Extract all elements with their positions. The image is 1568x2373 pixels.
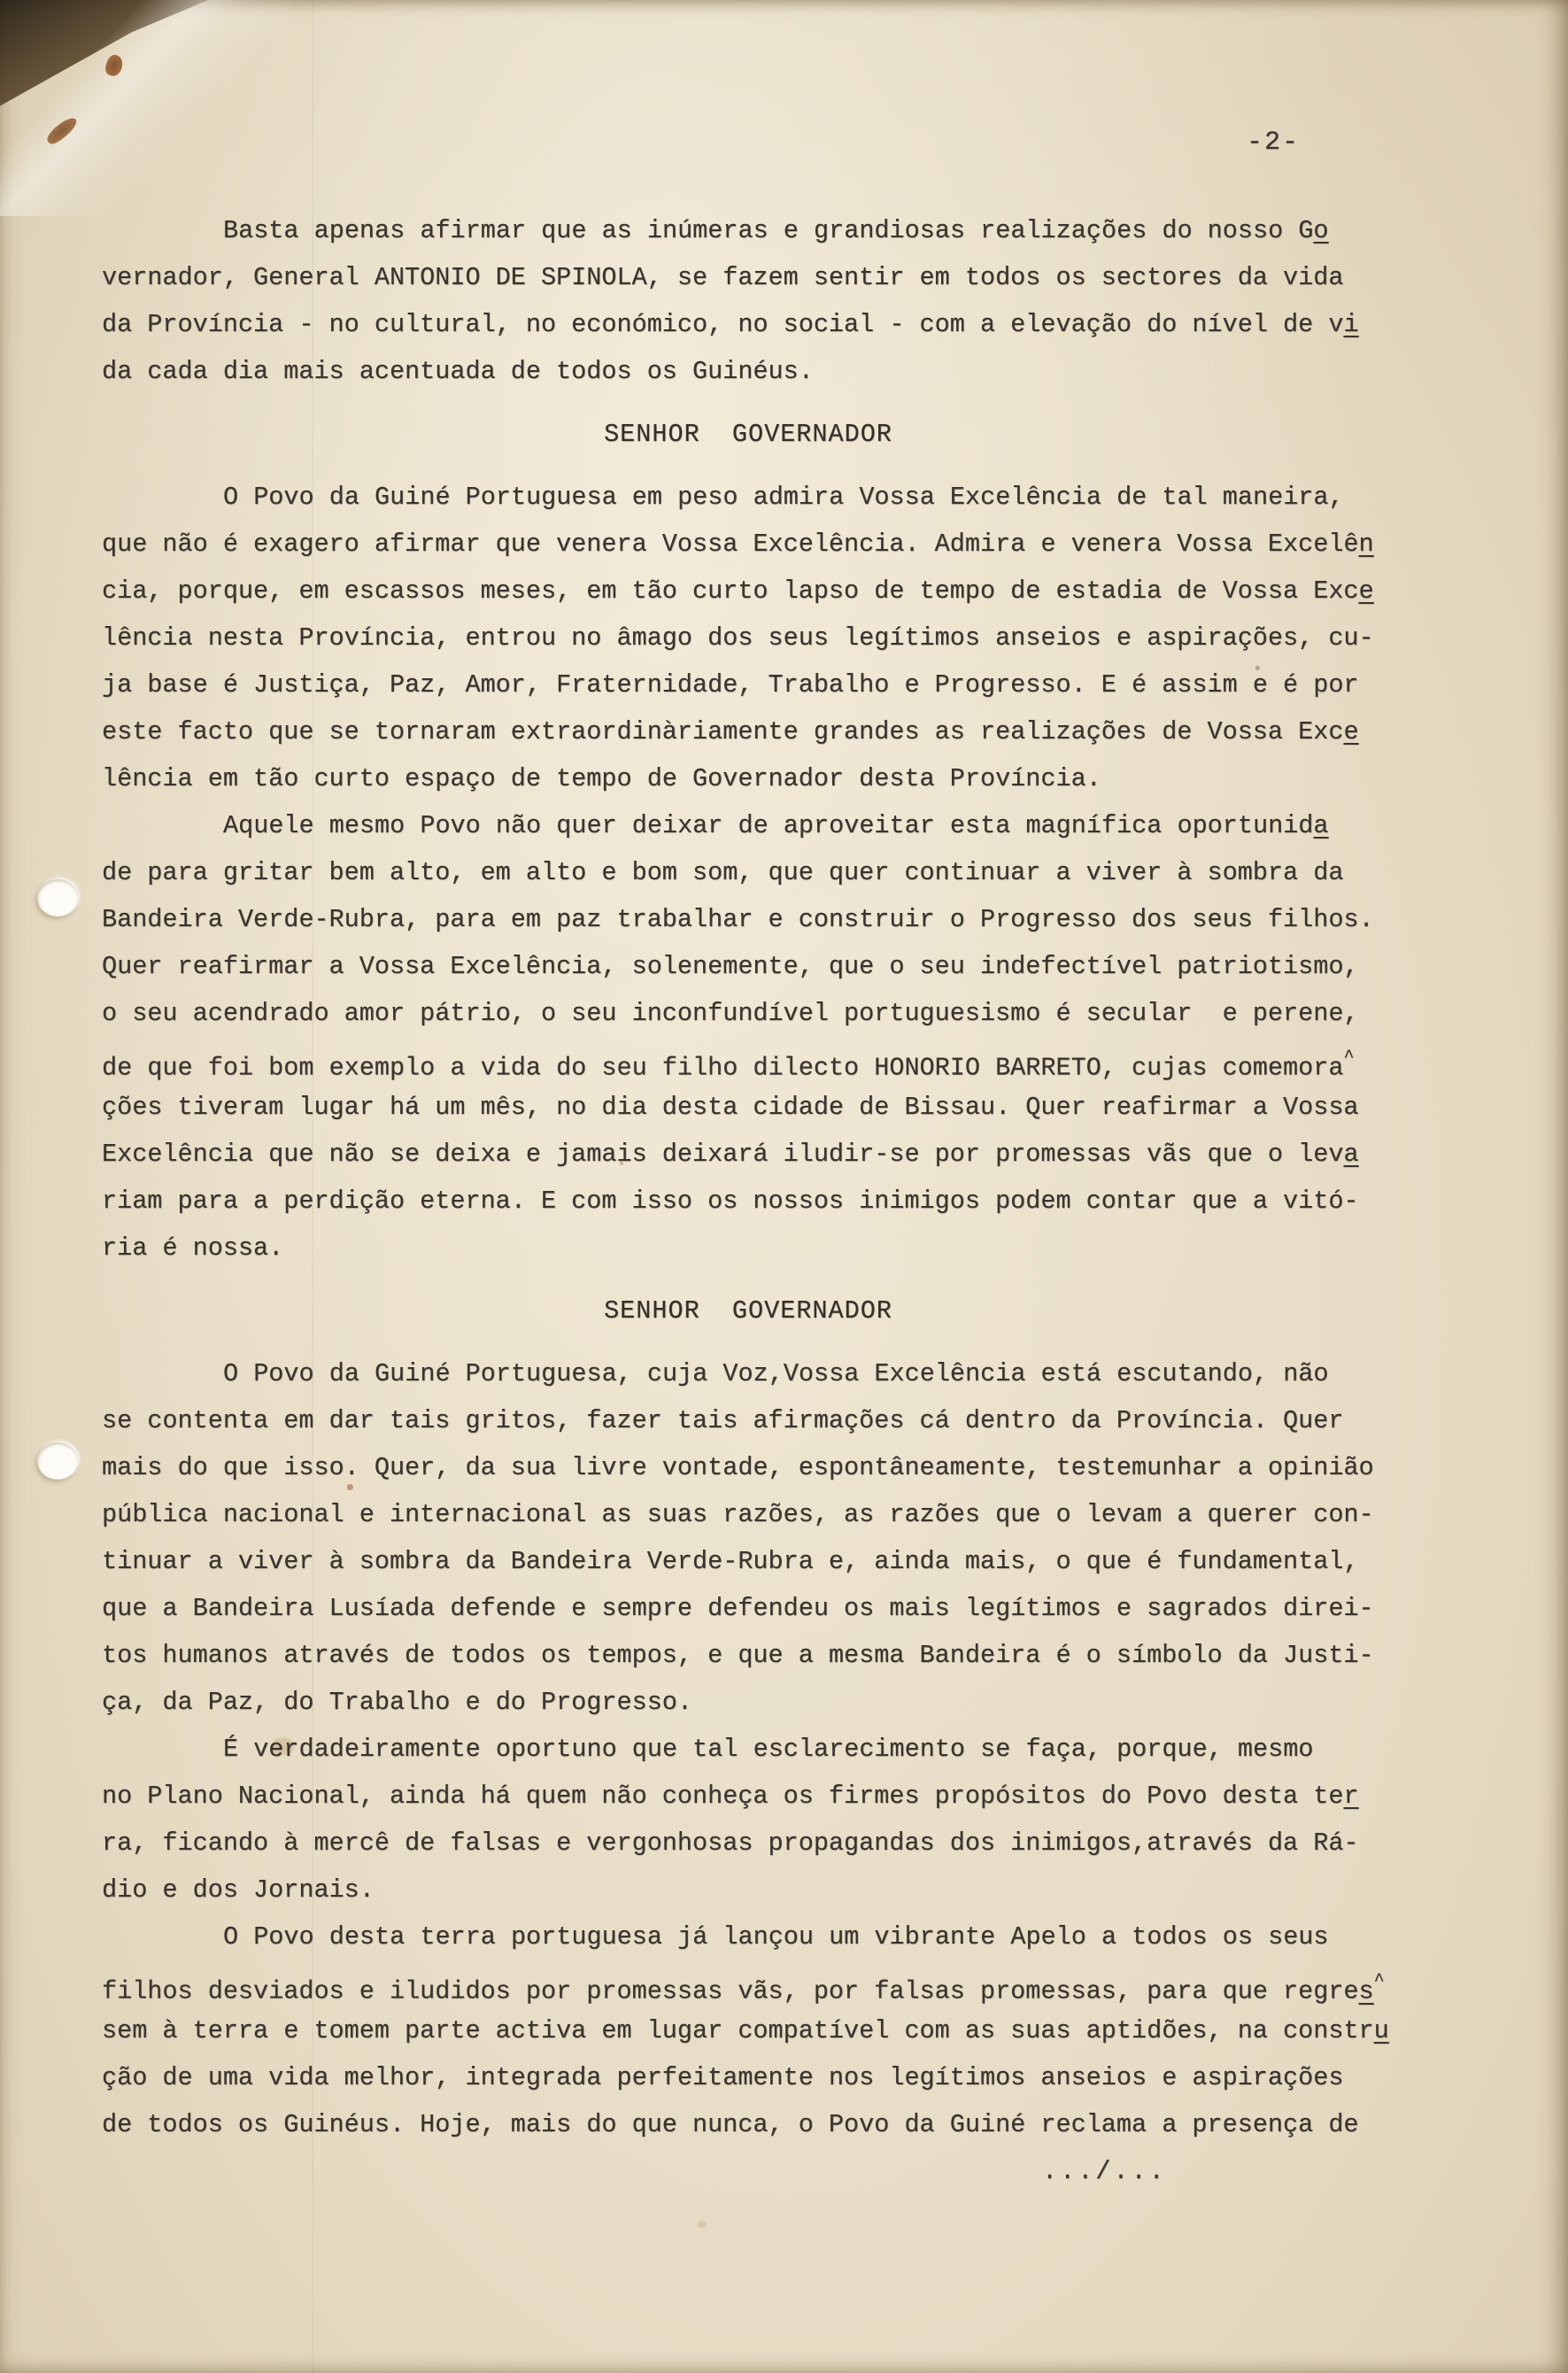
text-line: que a Bandeira Lusíada defende e sempre … [102,1585,1394,1632]
line-text: vernador, General ANTONIO DE SPINOLA, se… [102,263,1343,292]
text-line: no Plano Nacional, ainda há quem não con… [102,1773,1394,1820]
continuation-underline: o [1313,216,1328,245]
line-text: dio e dos Jornais. [102,1875,375,1905]
line-text: tinuar a viver à sombra da Bandeira Verd… [102,1547,1359,1576]
section-heading: SENHOR GOVERNADOR [102,1287,1394,1334]
continuation-caret: ^ [1343,1047,1354,1067]
line-text: de todos os Guinéus. Hoje, mais do que n… [102,2110,1359,2139]
line-text: de para gritar bem alto, em alto e bom s… [102,858,1343,887]
line-text: sem à terra e tomem parte activa em luga… [102,2016,1374,2045]
text-line: ções tiveram lugar há um mês, no dia des… [102,1084,1394,1131]
line-text: o seu acendrado amor pátrio, o seu incon… [102,999,1359,1028]
section-heading: SENHOR GOVERNADOR [102,411,1394,458]
continuation-underline: i [1343,310,1358,339]
continuation-caret: ^ [1374,1970,1385,1990]
line-text: da Província - no cultural, no económico… [102,310,1343,339]
text-line: filhos desviados e iludidos por promessa… [102,1960,1394,2007]
continuation-underline: e [1359,576,1374,606]
text-line: se contenta em dar tais gritos, fazer ta… [102,1397,1394,1444]
line-text: O Povo da Guiné Portuguesa, cuja Voz,Vos… [223,1359,1329,1388]
text-line: ra, ficando à mercê de falsas e vergonho… [102,1820,1394,1867]
line-text: cia, porque, em escassos meses, em tão c… [102,576,1359,606]
line-text: ça, da Paz, do Trabalho e do Progresso. [102,1688,692,1717]
text-line: da cada dia mais acentuada de todos os G… [102,348,1394,395]
text-line: O Povo da Guiné Portuguesa, cuja Voz,Vos… [102,1350,1394,1397]
text-line: pública nacional e internacional as suas… [102,1491,1394,1538]
line-text: de que foi bom exemplo a vida do seu fil… [102,1054,1343,1083]
line-text: da cada dia mais acentuada de todos os G… [102,357,814,386]
text-line: ria é nossa. [102,1225,1394,1272]
line-text: tos humanos através de todos os tempos, … [102,1641,1374,1670]
line-text: este facto que se tornaram extraordinàri… [102,717,1343,746]
text-line: tinuar a viver à sombra da Bandeira Verd… [102,1538,1394,1585]
line-text: ções tiveram lugar há um mês, no dia des… [102,1093,1359,1122]
text-line: Aquele mesmo Povo não quer deixar de apr… [102,802,1394,849]
continuation-underline: n [1359,529,1374,559]
text-line: tos humanos através de todos os tempos, … [102,1632,1394,1679]
line-text: Bandeira Verde-Rubra, para em paz trabal… [102,905,1374,934]
text-line: dio e dos Jornais. [102,1867,1394,1913]
line-text: que a Bandeira Lusíada defende e sempre … [102,1594,1374,1623]
line-text: O Povo desta terra portuguesa já lançou … [223,1922,1329,1952]
text-line: este facto que se tornaram extraordinàri… [102,708,1394,755]
text-line: ja base é Justiça, Paz, Amor, Fraternida… [102,661,1394,708]
continuation-underline: s [1359,1977,1374,2006]
corner-crease [0,0,292,216]
paper-stain [698,2221,707,2228]
line-text: Excelência que não se deixa e jamais dei… [102,1140,1343,1169]
punch-hole-bottom [37,1442,78,1480]
continuation-underline: u [1374,2016,1389,2045]
text-line: sem à terra e tomem parte activa em luga… [102,2007,1394,2054]
text-line: Basta apenas afirmar que as inúmeras e g… [102,207,1394,254]
continuation-underline: a [1343,1140,1358,1169]
scanned-document-page: -2- Basta apenas afirmar que as inúmeras… [0,0,1568,2373]
text-line: O Povo da Guiné Portuguesa em peso admir… [102,474,1394,521]
line-text: ra, ficando à mercê de falsas e vergonho… [102,1828,1359,1858]
line-text: ja base é Justiça, Paz, Amor, Fraternida… [102,670,1359,700]
line-text: pública nacional e internacional as suas… [102,1500,1374,1529]
text-line: de para gritar bem alto, em alto e bom s… [102,849,1394,896]
document-body: Basta apenas afirmar que as inúmeras e g… [102,207,1394,2195]
text-line: Excelência que não se deixa e jamais dei… [102,1131,1394,1178]
line-text: que não é exagero afirmar que venera Vos… [102,529,1359,559]
text-line: da Província - no cultural, no económico… [102,301,1394,348]
text-line: Bandeira Verde-Rubra, para em paz trabal… [102,896,1394,943]
text-line: riam para a perdição eterna. E com isso … [102,1178,1394,1225]
text-line: que não é exagero afirmar que venera Vos… [102,521,1394,568]
line-text: Basta apenas afirmar que as inúmeras e g… [223,216,1313,245]
line-text: mais do que isso. Quer, da sua livre von… [102,1453,1374,1482]
continuation-underline: a [1313,811,1328,840]
line-text: O Povo da Guiné Portuguesa em peso admir… [223,483,1344,512]
text-line: de todos os Guinéus. Hoje, mais do que n… [102,2101,1394,2148]
text-line: É verdadeiramente oportuno que tal escla… [102,1726,1394,1773]
line-text: filhos desviados e iludidos por promessa… [102,1977,1359,2006]
line-text: Aquele mesmo Povo não quer deixar de apr… [223,811,1313,840]
line-text: Quer reafirmar a Vossa Excelência, solen… [102,952,1359,981]
text-line: o seu acendrado amor pátrio, o seu incon… [102,990,1394,1037]
page-number: -2- [1247,120,1300,166]
text-line: Quer reafirmar a Vossa Excelência, solen… [102,943,1394,990]
line-text: ção de uma vida melhor, integrada perfei… [102,2063,1343,2092]
line-text: no Plano Nacional, ainda há quem não con… [102,1782,1343,1811]
text-line: de que foi bom exemplo a vida do seu fil… [102,1037,1394,1084]
text-line: vernador, General ANTONIO DE SPINOLA, se… [102,254,1394,301]
text-line: cia, porque, em escassos meses, em tão c… [102,568,1394,615]
text-line: ça, da Paz, do Trabalho e do Progresso. [102,1679,1394,1726]
text-line: O Povo desta terra portuguesa já lançou … [102,1913,1394,1960]
text-line: lência em tão curto espaço de tempo de G… [102,755,1394,802]
text-line: mais do que isso. Quer, da sua livre von… [102,1444,1394,1491]
line-text: ria é nossa. [102,1233,283,1263]
text-line: lência nesta Província, entrou no âmago … [102,615,1394,661]
line-text: se contenta em dar tais gritos, fazer ta… [102,1406,1343,1435]
line-text: lência nesta Província, entrou no âmago … [102,623,1374,653]
text-line: ção de uma vida melhor, integrada perfei… [102,2054,1394,2101]
line-text: riam para a perdição eterna. E com isso … [102,1186,1359,1216]
continuation-mark: .../... [1042,2148,1394,2195]
continuation-underline: r [1343,1782,1358,1811]
line-text: É verdadeiramente oportuno que tal escla… [223,1735,1313,1764]
punch-hole-top [37,879,78,916]
continuation-underline: e [1343,717,1358,746]
line-text: lência em tão curto espaço de tempo de G… [102,764,1101,793]
